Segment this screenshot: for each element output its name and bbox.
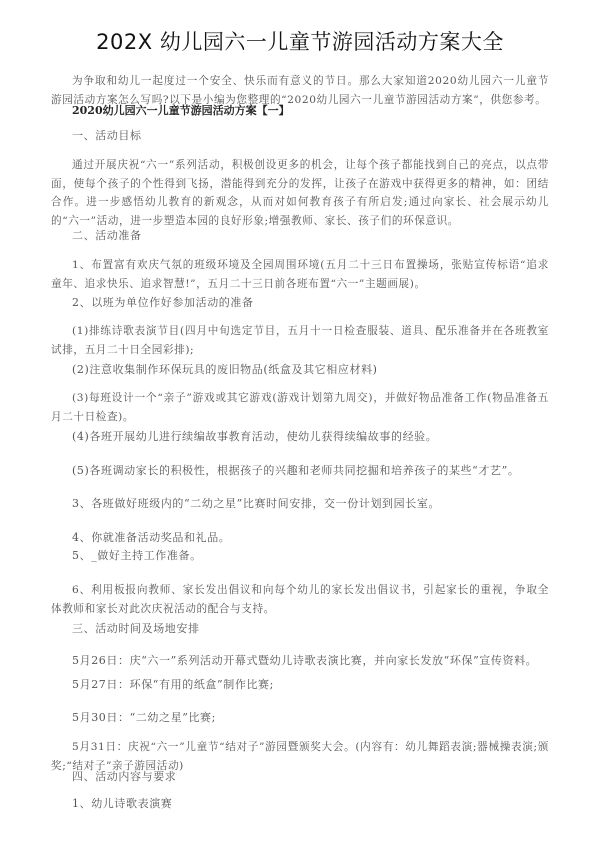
prep-item-6: 6、利用板报向教师、家长发出倡议和向每个幼儿的家长发出倡议书，引起家长的重视，争… [51,581,549,618]
heading-goals: 一、活动目标 [72,127,142,145]
prep-item-4: 4、你就准备活动奖品和礼品。 [72,529,230,547]
schedule-0527: 5月27日：环保“有用的纸盒”制作比赛; [72,676,274,694]
heading-content: 四、活动内容与要求 [72,768,176,786]
prep-sub-2: (2)注意收集制作环保玩具的废旧物品(纸盒及其它相应材料) [72,361,378,379]
section-subtitle: 2020幼儿园六一儿童节游园活动方案【一】 [72,102,290,118]
prep-sub-3: (3)每班设计一个“亲子”游戏或其它游戏(游戏计划第九周交)，并做好物品准备工作… [51,389,549,426]
document-page: 202X 幼儿园六一儿童节游园活动方案大全 为争取和幼儿一起度过一个安全、快乐而… [0,0,600,849]
schedule-0526: 5月26日：庆“六一”系列活动开幕式暨幼儿诗歌表演比赛，并向家长发放“环保”宣传… [72,652,537,670]
document-title: 202X 幼儿园六一儿童节游园活动方案大全 [0,26,600,56]
prep-sub-1: (1)排练诗歌表演节目(四月中旬选定节目，五月十一日检查服装、道具、配乐准备并在… [51,322,549,359]
prep-item-5: 5、_做好主持工作准备。 [72,547,202,565]
prep-item-1: 1、布置富有欢庆气氛的班级环境及全园周围环境(五月二十三日布置操场，张贴宣传标语… [51,256,549,293]
prep-item-3: 3、各班做好班级内的“二幼之星”比赛时间安排，交一份计划到园长室。 [72,495,440,513]
prep-sub-4: (4)各班开展幼儿进行续编故事教育活动，使幼儿获得续编故事的经验。 [72,428,437,446]
content-item-1: 1、幼儿诗歌表演赛 [72,795,172,813]
heading-preparation: 二、活动准备 [72,227,142,245]
prep-sub-5: (5)各班调动家长的积极性，根据孩子的兴趣和老师共同挖掘和培养孩子的某些“才艺”… [72,462,519,480]
schedule-0530: 5月30日：“二幼之星”比赛; [72,709,216,727]
heading-schedule: 三、活动时间及场地安排 [72,620,200,638]
prep-item-2: 2、以班为单位作好参加活动的准备 [72,294,254,312]
goals-paragraph: 通过开展庆祝“六一”系列活动，积极创设更多的机会，让每个孩子都能找到自己的亮点，… [51,156,549,230]
